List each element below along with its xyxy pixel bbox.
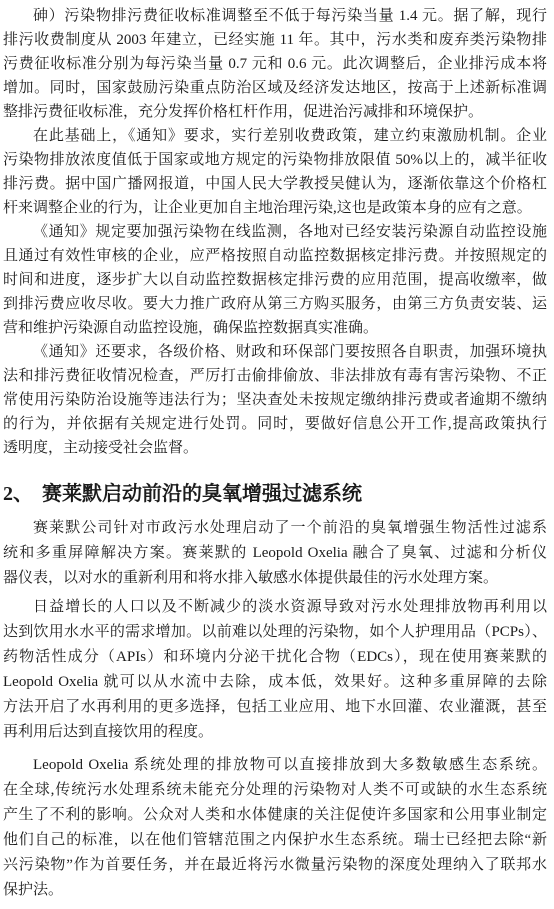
text-line: 在全球,传统污水处理系统未能充分处理的污染物对人类不可或缺的水生态系统	[3, 778, 547, 803]
text-line: 方法开启了水再利用的更多选择，包括工业应用、地下水回灌、农业灌溉，甚至	[3, 695, 547, 720]
text-line: 产生了不利的影响。公众对人类和水体健康的关注促使许多国家和公用事业制定	[3, 803, 547, 828]
text-line: 到排污费应收尽收。要大力推广政府从第三方购买服务，由第三方负责安装、运	[3, 292, 547, 316]
text-line: Leopold Oxelia 系统处理的排放物可以直接排放到大多数敏感生态系统。	[3, 753, 547, 778]
text-line: 杆来调整企业的行为，让企业更加自主地治理污染,这也是政策本身的应有之意。	[3, 196, 547, 220]
paragraph-enforcement: 《通知》还要求，各级价格、财政和环保部门要按照各自职责，加强环境执 法和排污费征…	[3, 340, 547, 460]
section-title: 赛莱默启动前沿的臭氧增强过滤系统	[42, 483, 362, 505]
paragraph-continuation: 砷）污染物排污费征收标准调整至不低于每污染当量 1.4 元。据了解，现行 排污收…	[3, 4, 547, 124]
text-line: 透明度，主动接受社会监督。	[3, 436, 547, 460]
text-line: 《通知》还要求，各级价格、财政和环保部门要按照各自职责，加强环境执	[3, 340, 547, 364]
paragraph-online-monitoring: 《通知》规定要加强污染物在线监测，各地对已经安装污染源自动监控设施 且通过有效性…	[3, 220, 547, 340]
paragraph-differential-fees: 在此基础上，《通知》要求，实行差别收费政策，建立约束激励机制。企业 污染物排放浓…	[3, 124, 547, 220]
paragraph-water-reuse: 日益增长的人口以及不断减少的淡水资源导致对污水处理排放物再利用以 达到饮用水水平…	[3, 595, 547, 745]
text-line: 砷）污染物排污费征收标准调整至不低于每污染当量 1.4 元。据了解，现行	[3, 4, 547, 28]
text-line: 整排污费征收标准，充分发挥价格杠杆作用，促进治污减排和环境保护。	[3, 100, 547, 124]
text-line: 且通过有效性审核的企业，应严格按照自动监控数据核定排污费。并按照规定的	[3, 244, 547, 268]
text-line: Leopold Oxelia 就可以从水流中去除，成本低，效果好。这种多重屏障的…	[3, 670, 547, 695]
paragraph-ecosystem-protection: Leopold Oxelia 系统处理的排放物可以直接排放到大多数敏感生态系统。…	[3, 753, 547, 903]
text-line: 法和排污费征收情况检查，严厉打击偷排偷放、非法排放有毒有害污染物、不正	[3, 364, 547, 388]
text-line: 兴污染物”作为首要任务，并在最近将污水微量污染物的深度处理纳入了联邦水	[3, 853, 547, 878]
text-line: 《通知》规定要加强污染物在线监测，各地对已经安装污染源自动监控设施	[3, 220, 547, 244]
text-line: 再利用后达到直接饮用的程度。	[3, 720, 547, 745]
text-line: 达到饮用水水平的需求增加。以前难以处理的污染物，如个人护理用品（PCPs）、	[3, 620, 547, 645]
text-line: 保护法。	[3, 878, 547, 903]
text-line: 器仪表，以对水的重新利用和将水排入敏感水体提供最佳的污水处理方案。	[3, 566, 547, 591]
text-line: 污费征收标准分别为每污染当量 0.7 元和 0.6 元。此次调整后，企业排污成本…	[3, 52, 547, 76]
text-line: 在此基础上，《通知》要求，实行差别收费政策，建立约束激励机制。企业	[3, 124, 547, 148]
document-page: 砷）污染物排污费征收标准调整至不低于每污染当量 1.4 元。据了解，现行 排污收…	[0, 0, 554, 909]
paragraph-xylem-intro: 赛莱默公司针对市政污水处理启动了一个前沿的臭氧增强生物活性过滤系 统和多重屏障解…	[3, 516, 547, 591]
text-line: 营和维护污染源自动监控设施，确保监控数据真实准确。	[3, 316, 547, 340]
text-line: 他们自己的标准，以在他们管辖范围之内保护水生态系统。瑞士已经把去除“新	[3, 828, 547, 853]
text-line: 赛莱默公司针对市政污水处理启动了一个前沿的臭氧增强生物活性过滤系	[3, 516, 547, 541]
text-line: 时间和进度，逐步扩大以自动监控数据核定排污费的应用范围，提高收缴率，做	[3, 268, 547, 292]
text-line: 污染物排放浓度值低于国家或地方规定的污染物排放限值 50%以上的，减半征收	[3, 148, 547, 172]
text-line: 增加。同时，国家鼓励污染重点防治区域及经济发达地区，按高于上述新标准调	[3, 76, 547, 100]
text-line: 日益增长的人口以及不断减少的淡水资源导致对污水处理排放物再利用以	[3, 595, 547, 620]
text-line: 药物活性成分（APIs）和环境内分泌干扰化合物（EDCs），现在使用赛莱默的	[3, 645, 547, 670]
text-line: 排污费。据中国广播网报道，中国人民大学教授吴健认为，逐渐依靠这个价格杠	[3, 172, 547, 196]
text-line: 常使用污染防治设施等违法行为；坚决查处未按规定缴纳排污费或者逾期不缴纳	[3, 388, 547, 412]
section-number: 2、	[3, 483, 33, 505]
section-heading: 2、赛莱默启动前沿的臭氧增强过滤系统	[3, 480, 547, 508]
text-line: 排污收费制度从 2003 年建立，已经实施 11 年。其中，污水类和废弃类污染物…	[3, 28, 547, 52]
text-line: 统和多重屏障解决方案。赛莱默的 Leopold Oxelia 融合了臭氧、过滤和…	[3, 541, 547, 566]
text-line: 的行为，并依据有关规定进行处罚。同时，要做好信息公开工作,提高政策执行	[3, 412, 547, 436]
